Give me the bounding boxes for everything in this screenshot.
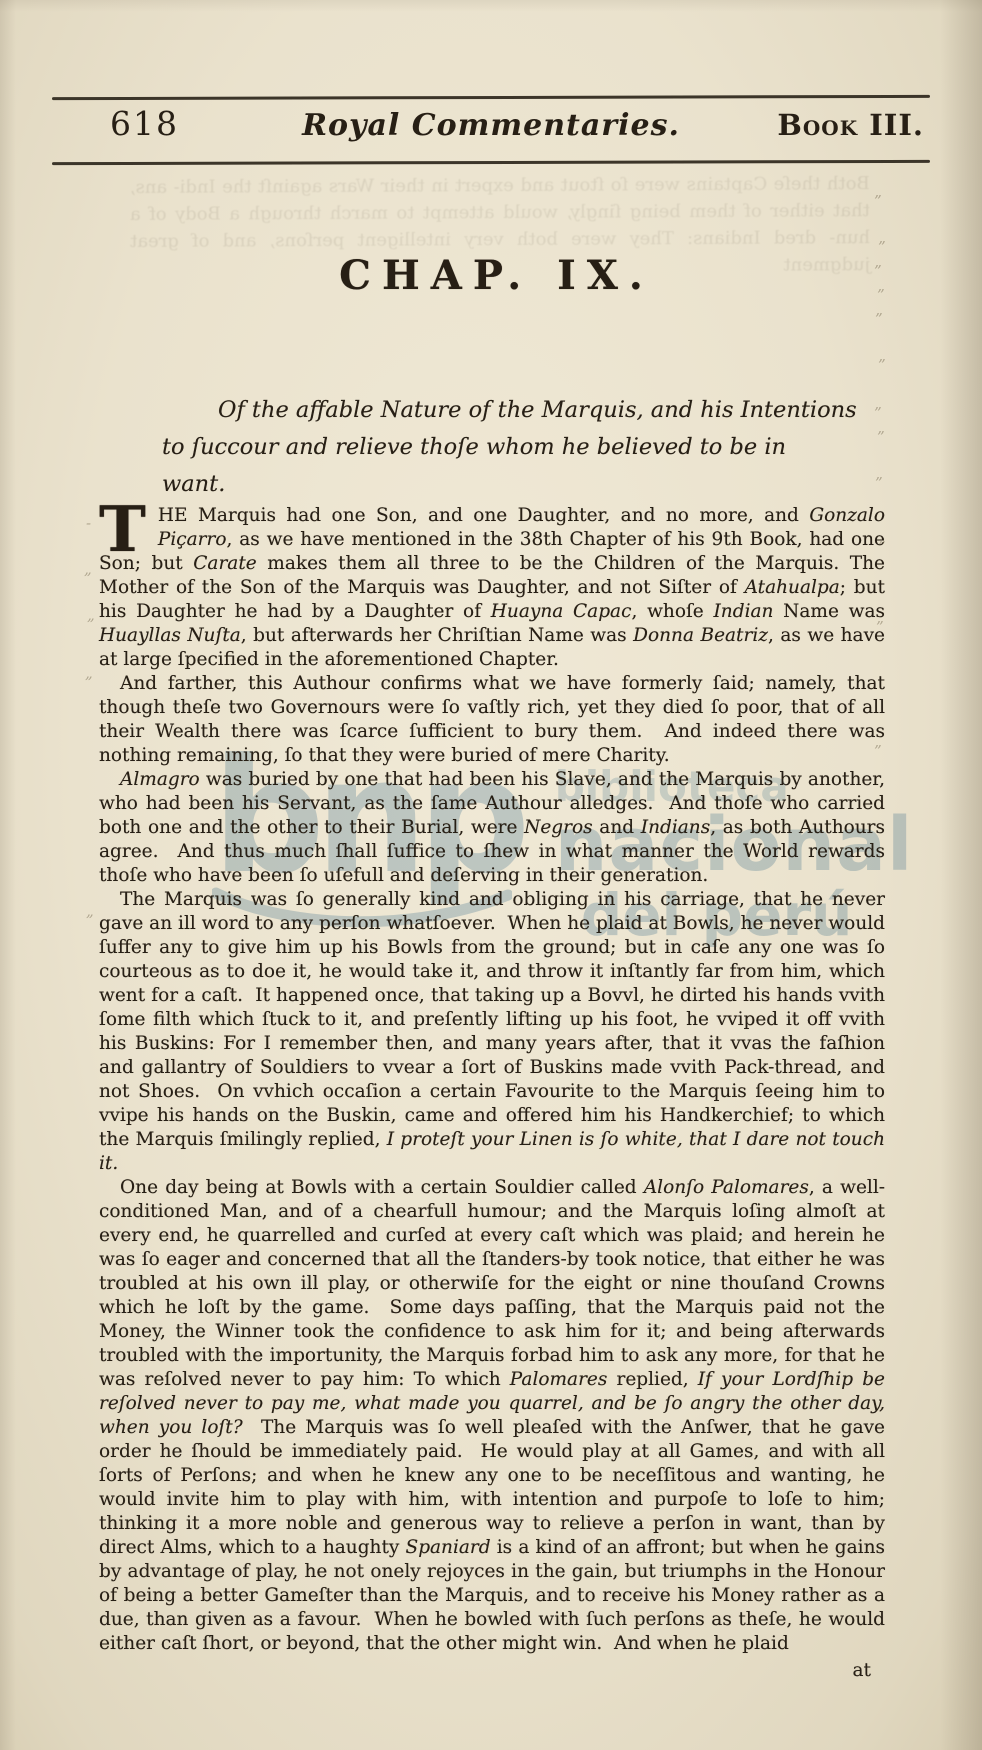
roman-text: , a well-conditioned Man, and of a chear… <box>99 1177 885 1390</box>
italic-text: Huayna Capac <box>491 601 632 622</box>
paragraph: The Marquis was ſo generally kind and ob… <box>99 888 885 1176</box>
margin-ink-mark: „ <box>87 606 95 624</box>
summary-line: to ſuccour and relieve thoſe whom he bel… <box>162 429 874 466</box>
margin-ink-mark: „ <box>86 902 94 920</box>
paragraph: And farther, this Authour confirms what … <box>99 672 885 768</box>
chapter-heading: CHAP. IX. <box>0 252 982 299</box>
margin-ink-mark: ” <box>875 474 883 492</box>
chapter-summary: Of the affable Nature of the Marquis, an… <box>162 392 874 503</box>
italic-text: Donna Beatriz <box>633 625 768 646</box>
italic-text: Atahualpa <box>745 577 840 598</box>
book-label: Book III. <box>777 108 930 142</box>
paragraph: Almagro was buried by one that had been … <box>99 768 885 888</box>
summary-line: Of the affable Nature of the Marquis, an… <box>218 392 874 429</box>
roman-text: The Marquis was ſo generally kind and ob… <box>99 889 885 1150</box>
drop-cap: T <box>99 504 158 552</box>
header-rule-top <box>52 95 930 100</box>
margin-ink-mark: „ <box>85 664 93 682</box>
roman-text: HE Marquis had one Son, and one Daughter… <box>158 505 809 526</box>
italic-text: Indians <box>641 817 710 838</box>
margin-ink-mark: ” <box>878 356 886 374</box>
italic-text: Huayllas Nuſta <box>99 625 241 646</box>
margin-ink-mark: - <box>86 514 91 532</box>
margin-ink-mark: „ <box>84 560 92 578</box>
catchword-row: at <box>99 1659 885 1683</box>
italic-text: Negros <box>524 817 592 838</box>
italic-text: Indian <box>714 601 774 622</box>
header-rule-bottom <box>52 160 930 165</box>
margin-ink-mark: ” <box>874 192 882 210</box>
roman-text: , whoſe <box>631 601 713 622</box>
paragraph: THE Marquis had one Son, and one Daughte… <box>99 504 885 672</box>
roman-text: And farther, this Authour confirms what … <box>99 673 885 766</box>
italic-text: Spaniard <box>406 1537 491 1558</box>
italic-text: Carate <box>193 553 256 574</box>
body-text: THE Marquis had one Son, and one Daughte… <box>99 504 885 1683</box>
running-title: Royal Commentaries. <box>302 108 680 143</box>
margin-ink-mark: ” <box>875 310 883 328</box>
italic-text: Alonſo Palomares <box>644 1177 809 1198</box>
margin-ink-mark: ” <box>874 404 882 422</box>
roman-text: Name was <box>773 601 885 622</box>
italic-text: Almagro <box>120 769 200 790</box>
roman-text: replied, <box>607 1369 697 1390</box>
italic-text: Palomares <box>510 1369 608 1390</box>
summary-line: want. <box>162 466 874 503</box>
roman-text: One day being at Bowls with a certain So… <box>120 1177 644 1198</box>
catchword: at <box>853 1660 871 1681</box>
roman-text: , but afterwards her Chriſtian Name was <box>241 625 633 646</box>
page-header: 618 Royal Commentaries. Book III. <box>52 104 930 143</box>
book-page-scan: 618 Royal Commentaries. Book III. Both t… <box>0 0 982 1750</box>
page-number: 618 <box>52 104 179 143</box>
roman-text: and <box>593 817 641 838</box>
margin-ink-mark: ” <box>877 428 885 446</box>
paragraph: One day being at Bowls with a certain So… <box>99 1176 885 1656</box>
